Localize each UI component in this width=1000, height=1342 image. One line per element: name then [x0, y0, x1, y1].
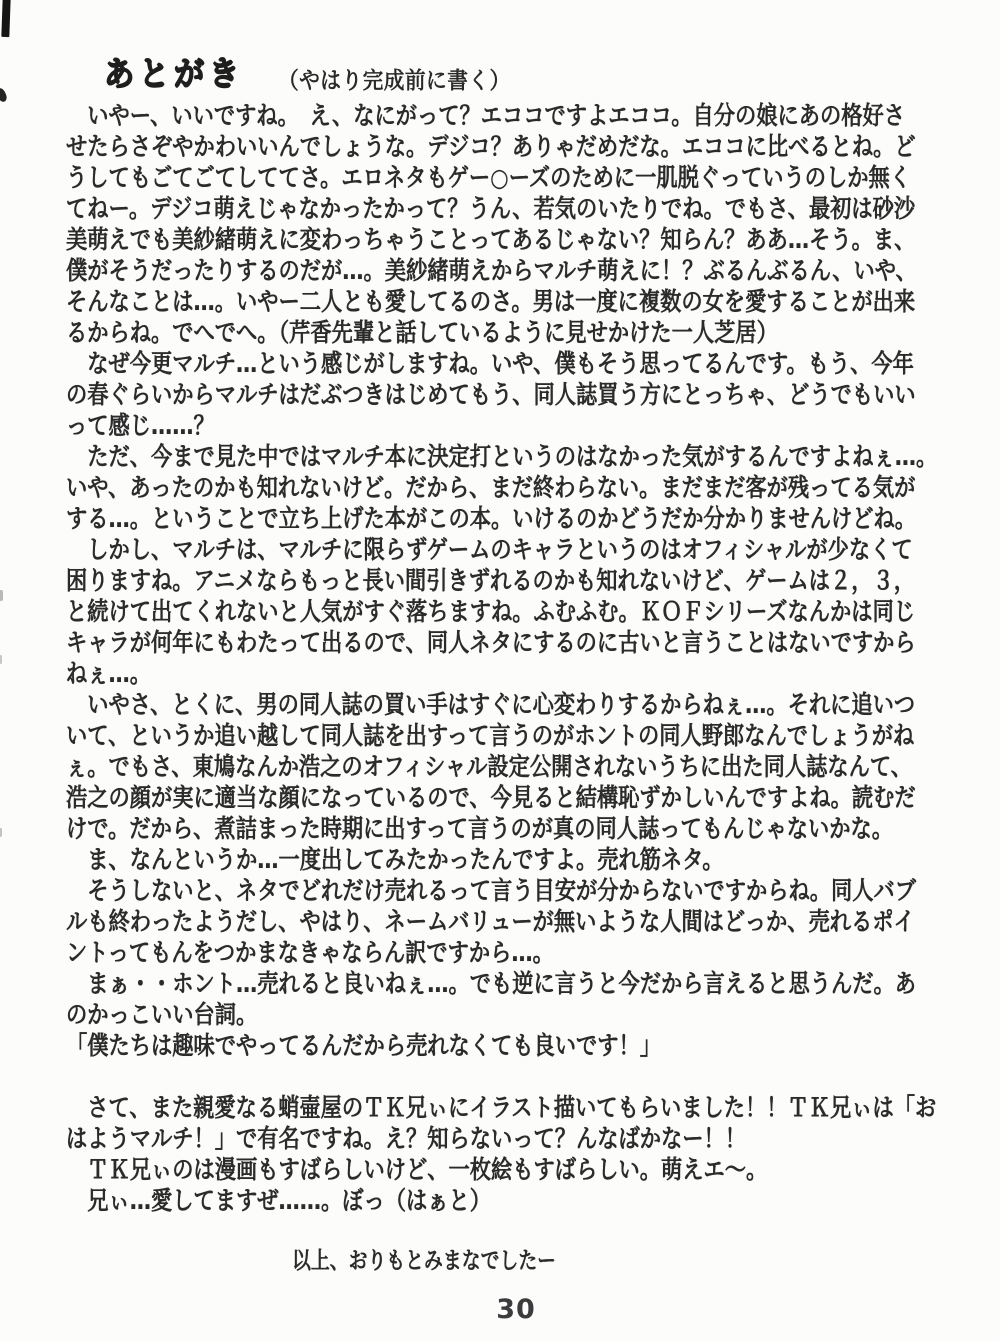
text-line: まぁ・・ホント…売れると良いねぇ…。でも逆に言うと今だから言えると思うんだ。あ [66, 968, 831, 999]
text-line: ま、なんというか…一度出してみたかったんですよ。売れ筋ネタ。 [66, 844, 831, 875]
text-line: せたらさぞやかわいいんでしょうな。デジコ？ありゃだめだな。エココに比べるとね。ど [66, 131, 831, 162]
text-line [66, 1061, 831, 1092]
scanned-afterword-page: あとがき（やはり完成前に書く） いやー、いいですね。 え、なにがって？エココです… [0, 0, 1000, 1342]
text-line: そんなことは…。いやー二人とも愛してるのさ。男は一度に複数の女を愛することが出来 [66, 286, 831, 317]
text-line: ただ、今まで見た中ではマルチ本に決定打というのはなかった気がするんですよねぇ…。 [66, 441, 831, 472]
text-line: 兄ぃ…愛してますぜ……。ぼっ（はぁと） [66, 1185, 831, 1216]
text-line: 「僕たちは趣味でやってるんだから売れなくても良いです！」 [66, 1030, 831, 1061]
text-line: いや、あったのかも知れないけど。だから、まだ終わらない。まだまだ客が残ってる気が [66, 472, 831, 503]
text-line: うしてもごてごてしててさ。エロネタもゲー○ーズのために一肌脱ぐっていうのしか無く [66, 162, 831, 193]
text-line: てねー。デジコ萌えじゃなかったかって？うん、若気のいたりでね。でもさ、最初は砂沙 [66, 193, 831, 224]
text-line: ＴＫ兄ぃのは漫画もすばらしいけど、一枚絵もすばらしい。萌えエ～。 [66, 1154, 831, 1185]
text-line: ントってもんをつかまなきゃならん訳ですから…。 [66, 937, 831, 968]
text-line: なぜ今更マルチ…という感じがしますね。いや、僕もそう思ってるんです。もう、今年 [66, 348, 831, 379]
page-subtitle: （やはり完成前に書く） [278, 62, 511, 95]
text-line: さて、また親愛なる蛸壷屋のＴＫ兄ぃにイラスト描いてもらいました！！ＴＫ兄ぃは「お [66, 1092, 831, 1123]
text-line: する…。ということで立ち上げた本がこの本。いけるのかどうだか分かりませんけどね。 [66, 503, 831, 534]
text-line: のかっこいい台詞。 [66, 999, 831, 1030]
text-line: と続けて出てくれないと人気がすぐ落ちますね。ふむふむ。ＫＯＦシリーズなんかは同じ [66, 596, 831, 627]
text-line: 浩之の顔が実に適当な顔になっているので、今見ると結構恥ずかしいんですよね。読むだ [66, 782, 831, 813]
text-line: るからね。でへでへ。（芹香先輩と話しているように見せかけた一人芝居） [66, 317, 831, 348]
text-line: ルも終わったようだし、やはり、ネームバリューが無いような人間はどっか、売れるポイ [66, 906, 831, 937]
heading-row: あとがき（やはり完成前に書く） [104, 48, 537, 95]
text-line: けで。だから、煮詰まった時期に出すって言うのが真の同人誌ってもんじゃないかな。 [66, 813, 831, 844]
text-line: 僕がそうだったりするのだが…。美紗緒萌えからマルチ萌えに！？ぶるんぶるん、いや、 [66, 255, 831, 286]
page-title: あとがき [104, 48, 244, 95]
scan-artifact-blob [0, 87, 8, 103]
text-line: そうしないと、ネタでどれだけ売れるって言う目安が分からないですからね。同人バブ [66, 875, 831, 906]
scan-artifact-mark [0, 590, 3, 601]
closing-signoff: 以上、おりもとみまなでしたー [292, 1242, 556, 1275]
body-text: いやー、いいですね。 え、なにがって？エココですよエココ。自分の娘にあの格好させ… [66, 100, 966, 1216]
text-line: って感じ……？ [66, 410, 831, 441]
text-line: 困りますね。アニメならもっと長い間引きずれるのかも知れないけど、ゲームは２，３， [66, 565, 831, 596]
text-line: はようマルチ！」で有名ですね。え？知らないって？んなばかなー！！ [66, 1123, 831, 1154]
text-line: いて、というか追い越して同人誌を出すって言うのがホントの同人野郎なんでしょうがね [66, 720, 831, 751]
scan-artifact-bar [1, 0, 10, 37]
text-line: いやー、いいですね。 え、なにがって？エココですよエココ。自分の娘にあの格好さ [66, 100, 831, 131]
text-line: の春ぐらいからマルチはだぶつきはじめてもう、同人誌買う方にとっちゃ、どうでもいい [66, 379, 831, 410]
text-line: ねぇ…。 [66, 658, 831, 689]
scan-artifact-mark [0, 828, 2, 837]
scan-artifact-mark [0, 655, 2, 664]
text-line: キャラが何年にもわたって出るので、同人ネタにするのに古いと言うことはないですから [66, 627, 831, 658]
text-line: 美萌えでも美紗緒萌えに変わっちゃうことってあるじゃない？知らん？ああ…そう。ま、 [66, 224, 831, 255]
text-line: しかし、マルチは、マルチに限らずゲームのキャラというのはオフィシャルが少なくて [66, 534, 831, 565]
text-line: いやさ、とくに、男の同人誌の買い手はすぐに心変わりするからねぇ…。それに追いつ [66, 689, 831, 720]
text-line: ぇ。でもさ、東鳩なんか浩之のオフィシャル設定公開されないうちに出た同人誌なんて、 [66, 751, 831, 782]
page-number: 30 [16, 1294, 1000, 1325]
